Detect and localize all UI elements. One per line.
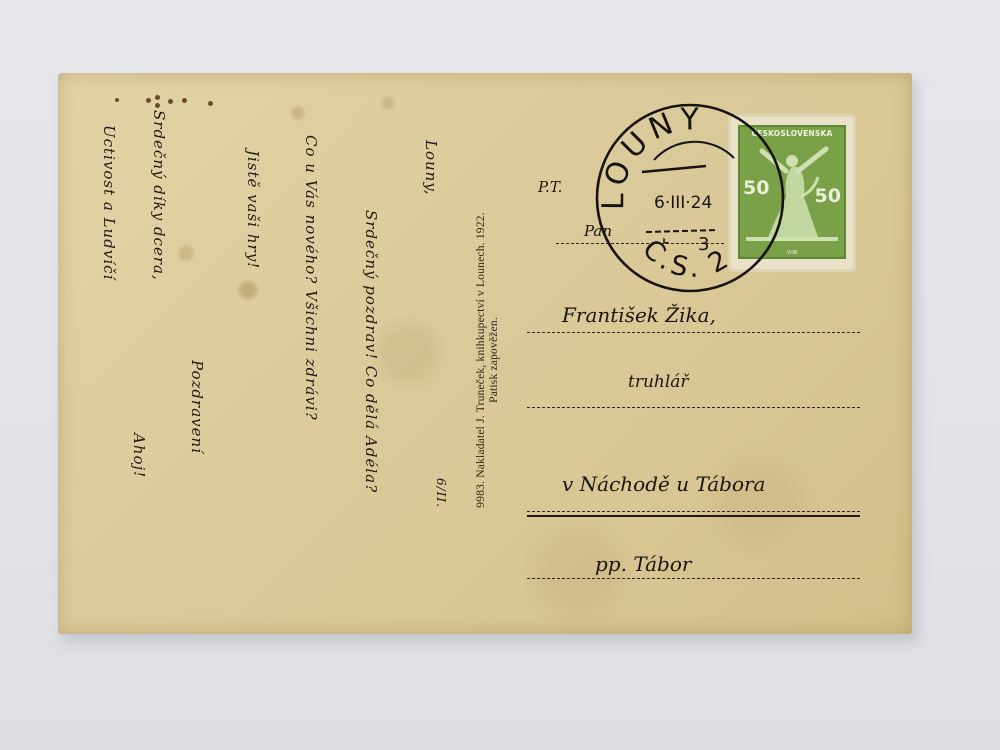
foxing-spot <box>115 98 119 102</box>
foxing-spot <box>168 99 173 104</box>
foxing-spot <box>155 95 160 100</box>
address-town: v Náchodě u Tábora <box>562 472 765 496</box>
message-place: Louny, <box>422 140 440 196</box>
foxing-spot <box>208 101 213 106</box>
publisher-line-2: Patisk zapověžen. <box>488 212 501 507</box>
svg-text:Č.S. 2: Č.S. 2 <box>636 233 737 284</box>
address-post-office: pp. Tábor <box>595 552 691 576</box>
address-line <box>527 511 860 512</box>
message-line: Pozdravení <box>188 360 206 454</box>
address-occupation: truhlář <box>628 372 689 392</box>
address-line <box>527 407 860 408</box>
message-date: 6/II. <box>434 478 448 508</box>
address-name: František Žika, <box>562 303 716 327</box>
publisher-imprint: 9983. Nakladatel J. Truneček, knihkupect… <box>475 212 501 507</box>
address-salutation: P.T. <box>538 178 562 196</box>
message-line: Srdečný pozdrav! Co dělá Adéla? <box>362 210 380 493</box>
foxing-spot <box>182 98 187 103</box>
address-line <box>527 578 860 579</box>
publisher-line-1: 9983. Nakladatel J. Truneček, knihkupect… <box>475 212 488 507</box>
address-line <box>527 332 860 333</box>
foxing-spot <box>155 103 160 108</box>
address-underline <box>527 515 860 517</box>
postmark-date: 6·III·24 <box>654 193 712 213</box>
message-line: Srdečný díky dcera, <box>150 110 168 281</box>
postmark-icon: LOUNY 6·III·24 3 Č.S. 2 <box>594 100 790 296</box>
foxing-spot <box>146 98 151 103</box>
message-line: Jistě vaši hry! <box>244 150 262 269</box>
message-line: Co u Vás nového? Všichni zdrávi? <box>302 135 320 421</box>
message-line: Ahoj! <box>130 433 148 478</box>
stamp-value-right: 50 <box>815 185 841 207</box>
postmark-country: Č.S. 2 <box>636 233 737 284</box>
message-line: Uctivost a Ludvíčí <box>100 125 118 280</box>
